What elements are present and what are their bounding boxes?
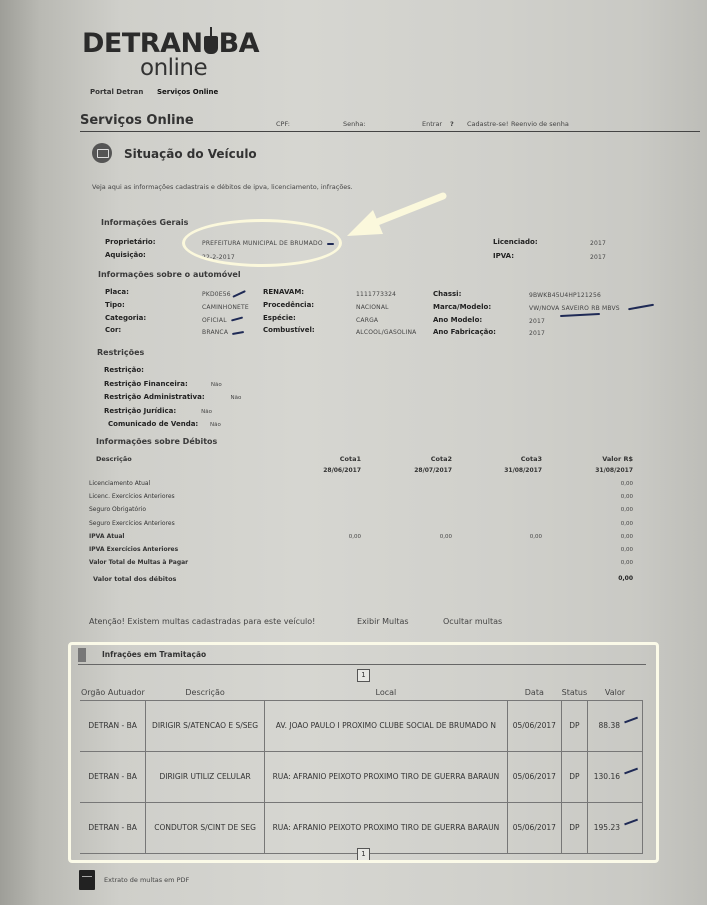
marca-modelo-value: VW/NOVA SAVEIRO RB MBVS (529, 305, 620, 312)
licenciado-value: 2017 (590, 240, 606, 247)
ano-modelo-label: Ano Modelo: (433, 316, 482, 324)
placa-value: PKD0E56 (202, 291, 231, 298)
aquisicao-label: Aquisição: (105, 251, 146, 259)
restricao-value: Não (211, 382, 222, 388)
especie-value: CARGA (356, 317, 378, 324)
especie-label: Espécie: (263, 314, 296, 322)
restricao-label: Restrição Administrativa: (104, 393, 205, 401)
debitos-col-header: Valor R$ (602, 455, 633, 463)
categoria-label: Categoria: (105, 314, 146, 322)
renavam-label: RENAVAM: (263, 288, 304, 296)
ano-modelo-value: 2017 (529, 318, 545, 325)
debitos-col-date: 31/08/2017 (595, 467, 633, 474)
chassi-label: Chassi: (433, 290, 461, 298)
page-title: Serviços Online (80, 113, 194, 128)
licenciado-label: Licenciado: (493, 238, 538, 246)
debitos-heading: Informações sobre Débitos (96, 437, 217, 446)
help-icon[interactable]: ? (450, 120, 454, 128)
chassi-value: 9BWKB45U4HP121256 (529, 292, 601, 299)
pen-mark (231, 316, 243, 321)
pen-arrow-mark (628, 304, 654, 310)
logo-text-ba: BA (219, 28, 259, 59)
debito-row-value: 0,00 (621, 547, 633, 553)
placa-label: Placa: (105, 288, 129, 296)
debito-row-label: Licenc. Exercícios Anteriores (89, 493, 175, 500)
pdf-extract-link[interactable]: Extrato de multas em PDF (104, 876, 189, 884)
pen-mark (232, 331, 244, 335)
senha-input[interactable] (368, 119, 408, 128)
debito-row-value: 0,00 (440, 534, 452, 540)
cpf-input[interactable] (292, 119, 332, 128)
procedencia-value: NACIONAL (356, 304, 389, 311)
debito-row-label: IPVA Exercícios Anteriores (89, 546, 178, 553)
debitos-col-date: 28/07/2017 (414, 467, 452, 474)
restricoes-heading: Restrições (97, 348, 144, 357)
entrar-button[interactable]: Entrar (422, 120, 442, 128)
proprietario-label: Proprietário: (105, 238, 156, 246)
ipva-value: 2017 (590, 254, 606, 261)
section-intro: Veja aqui as informações cadastrais e dé… (92, 183, 353, 191)
debitos-total-label: Valor total dos débitos (93, 575, 176, 583)
pen-underline (560, 313, 600, 317)
logo-text-online: online (140, 58, 259, 78)
cor-label: Cor: (105, 326, 121, 334)
pen-mark (232, 290, 245, 297)
restricao-value: Não (231, 395, 242, 401)
debito-row-label: Seguro Exercícios Anteriores (89, 520, 175, 527)
debito-row-value: 0,00 (530, 534, 542, 540)
detran-logo[interactable]: DETRANBA online (82, 30, 259, 78)
nav-servicos-online[interactable]: Serviços Online (157, 88, 218, 96)
debito-row-value: 0,00 (621, 507, 633, 513)
exibir-multas-link[interactable]: Exibir Multas (357, 617, 409, 626)
restricao-label: Restrição Financeira: (104, 380, 188, 388)
debito-row-value: 0,00 (621, 560, 633, 566)
vehicle-icon (92, 143, 112, 163)
ano-fabricacao-label: Ano Fabricação: (433, 328, 496, 336)
automovel-heading: Informações sobre o automóvel (98, 270, 241, 279)
debitos-total-value: 0,00 (618, 575, 633, 582)
reenvio-senha-link[interactable]: Reenvio de senha (511, 120, 569, 128)
debito-row-value: 0,00 (349, 534, 361, 540)
cpf-label: CPF: (276, 120, 290, 128)
cadastre-link[interactable]: Cadastre-se! (467, 120, 508, 128)
debitos-col-descricao: Descrição (96, 455, 132, 463)
plug-icon (204, 36, 218, 54)
restricao-label: Restrição: (104, 366, 144, 374)
cor-value: BRANCA (202, 329, 228, 336)
renavam-value: 1111773324 (356, 291, 396, 298)
debitos-col-header: Cota2 (431, 455, 452, 463)
categoria-value: OFICIAL (202, 317, 227, 324)
debito-row-value: 0,00 (621, 534, 633, 540)
debito-row-value: 0,00 (621, 494, 633, 500)
restricao-value: Não (201, 409, 212, 415)
combustivel-label: Combustível: (263, 326, 315, 334)
debitos-col-date: 28/06/2017 (323, 467, 361, 474)
ipva-label: IPVA: (493, 252, 514, 260)
restricao-value: Não (210, 422, 221, 428)
restricao-label: Restrição Jurídica: (104, 407, 176, 415)
debito-row-value: 0,00 (621, 481, 633, 487)
debito-row-label: Seguro Obrigatório (89, 506, 146, 513)
tipo-value: CAMINHONETE (202, 304, 249, 311)
debito-row-value: 0,00 (621, 521, 633, 527)
ano-fabricacao-value: 2017 (529, 330, 545, 337)
multas-alert: Atenção! Existem multas cadastradas para… (89, 617, 315, 626)
highlight-frame-annotation (68, 642, 659, 863)
debitos-col-header: Cota1 (340, 455, 361, 463)
debito-row-label: IPVA Atual (89, 533, 125, 540)
tipo-label: Tipo: (105, 301, 125, 309)
highlight-ellipse-annotation (182, 219, 342, 267)
debitos-col-header: Cota3 (521, 455, 542, 463)
section-title: Situação do Veículo (124, 147, 257, 161)
marca-modelo-label: Marca/Modelo: (433, 303, 491, 311)
arrow-annotation-icon (345, 190, 455, 240)
nav-portal-detran[interactable]: Portal Detran (90, 88, 143, 96)
procedencia-label: Procedência: (263, 301, 314, 309)
debito-row-label: Valor Total de Multas à Pagar (89, 559, 188, 566)
combustivel-value: ALCOOL/GASOLINA (356, 329, 416, 336)
senha-label: Senha: (343, 120, 366, 128)
restricao-label: Comunicado de Venda: (108, 420, 198, 428)
pdf-icon[interactable] (79, 870, 95, 890)
debitos-col-date: 31/08/2017 (504, 467, 542, 474)
debito-row-label: Licenciamento Atual (89, 480, 150, 487)
ocultar-multas-link[interactable]: Ocultar multas (443, 617, 502, 626)
geral-heading: Informações Gerais (101, 218, 188, 227)
